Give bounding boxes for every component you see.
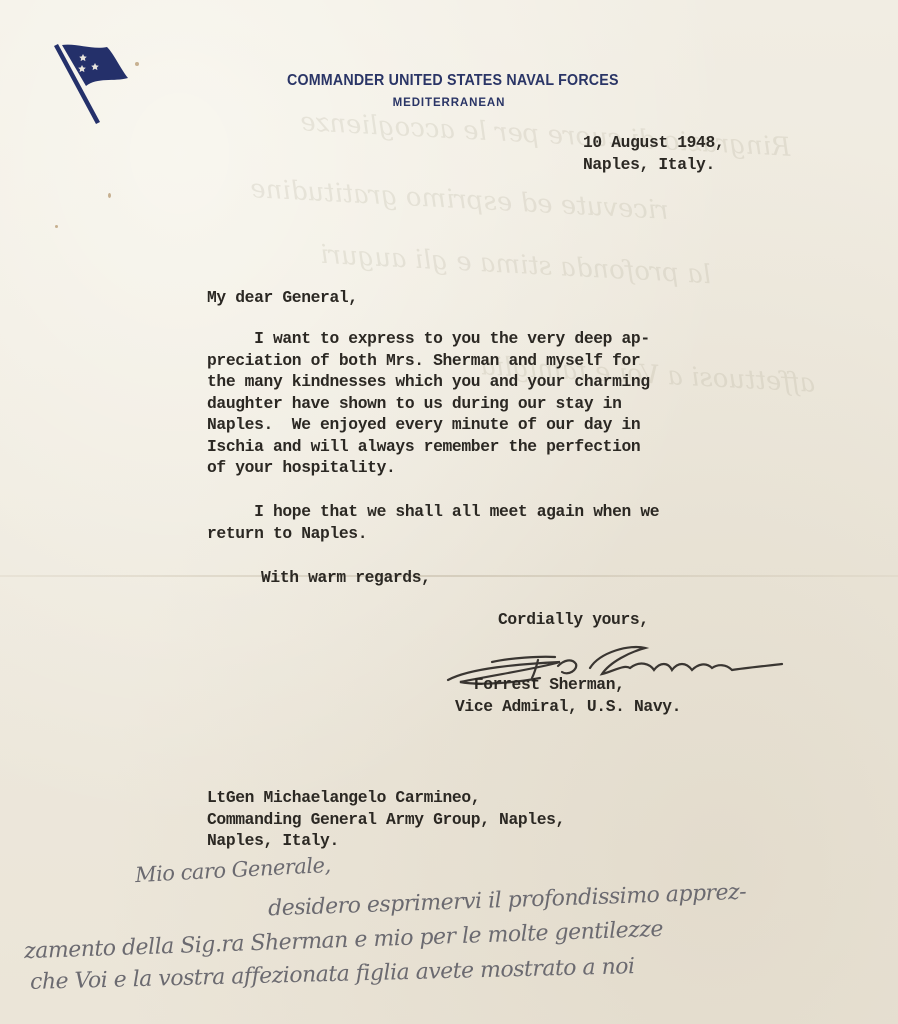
closing-sign-off: Cordially yours, — [498, 609, 649, 631]
paper-fold-line — [0, 575, 898, 577]
paper-stain — [135, 62, 139, 66]
body-paragraph-2: I hope that we shall all meet again when… — [207, 501, 659, 544]
closing-regards: With warm regards, — [261, 567, 431, 589]
bleed-through-line: ricevute ed esprimo gratitudine — [250, 174, 670, 226]
body-paragraph-1: I want to express to you the very deep a… — [207, 328, 650, 479]
paper-stain — [108, 193, 111, 198]
paper-stain — [55, 225, 58, 228]
signer-block: Forrest Sherman, Vice Admiral, U.S. Navy… — [455, 674, 681, 717]
letter-page: Ringrazio di cuore per le accoglienze ri… — [0, 0, 898, 1024]
letterhead-title: COMMANDER UNITED STATES NAVAL FORCES — [36, 72, 866, 90]
handwritten-line: desidero esprimervi il profondissimo app… — [268, 880, 747, 922]
bleed-through-line: la profonda stima e gli auguri — [319, 240, 711, 290]
addressee-block: LtGen Michaelangelo Carmineo, Commanding… — [207, 787, 565, 852]
salutation: My dear General, — [207, 287, 358, 309]
letterhead-subtitle: MEDITERRANEAN — [0, 97, 898, 109]
dateline: 10 August 1948, Naples, Italy. — [583, 132, 724, 175]
handwritten-line: Mio caro Generale, — [135, 853, 332, 887]
